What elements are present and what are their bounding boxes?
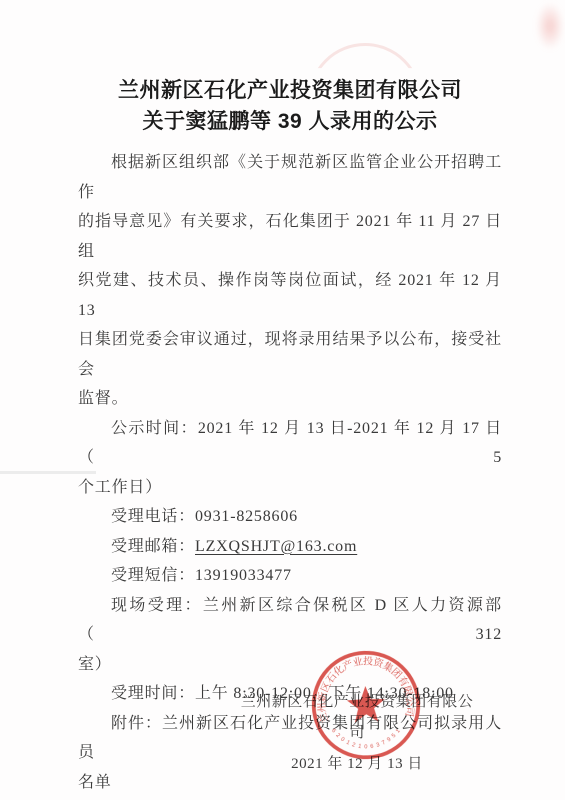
paragraph1-line4: 日集团党委会审议通过，现将录用结果予以公布，接受社会 (78, 325, 502, 384)
title-line-2: 关于窦猛鹏等 39 人录用的公示 (78, 106, 502, 137)
contact-sms-line: 受理短信：13919033477 (78, 561, 502, 591)
notice-period-line2: 个工作日） (78, 473, 502, 503)
title-line-1: 兰州新区石化产业投资集团有限公司 (78, 75, 502, 106)
contact-onsite-line1: 现场受理：兰州新区综合保税区 D 区人力资源部（312 (78, 591, 502, 650)
scanned-announcement-page: 兰州新区石化产业投资集团有限公司 关于窦猛鹏等 39 人录用的公示 根据新区组织… (0, 0, 565, 800)
document-title: 兰州新区石化产业投资集团有限公司 关于窦猛鹏等 39 人录用的公示 (78, 75, 502, 137)
paragraph1-line2: 的指导意见》有关要求，石化集团于 2021 年 11 月 27 日组 (78, 207, 502, 266)
paragraph1-line5: 监督。 (78, 384, 502, 414)
company-seal-graphic: 兰州新区石化产业投资集团有限公司 6201210637951 (307, 646, 425, 764)
corner-smudge-artifact (536, 2, 564, 50)
contact-email-label: 受理邮箱： (111, 538, 195, 555)
contact-email-value: LZXQSHJT@163.com (195, 538, 357, 555)
seal-star-icon (346, 685, 385, 722)
paragraph1-line3: 织党建、技术员、操作岗等岗位面试，经 2021 年 12 月 13 (78, 266, 502, 325)
contact-phone-line: 受理电话：0931-8258606 (78, 502, 502, 532)
contact-email-line: 受理邮箱：LZXQSHJT@163.com (78, 532, 502, 562)
contact-onsite-line2: 室） (78, 650, 502, 680)
notice-period-line1: 公示时间：2021 年 12 月 13 日-2021 年 12 月 17 日（5 (78, 414, 502, 473)
seal-code-text: 6201210637951 (330, 726, 402, 752)
company-seal: 兰州新区石化产业投资集团有限公司 6201210637951 (307, 646, 425, 764)
paragraph1-line1: 根据新区组织部《关于规范新区监管企业公开招聘工作 (78, 148, 502, 207)
